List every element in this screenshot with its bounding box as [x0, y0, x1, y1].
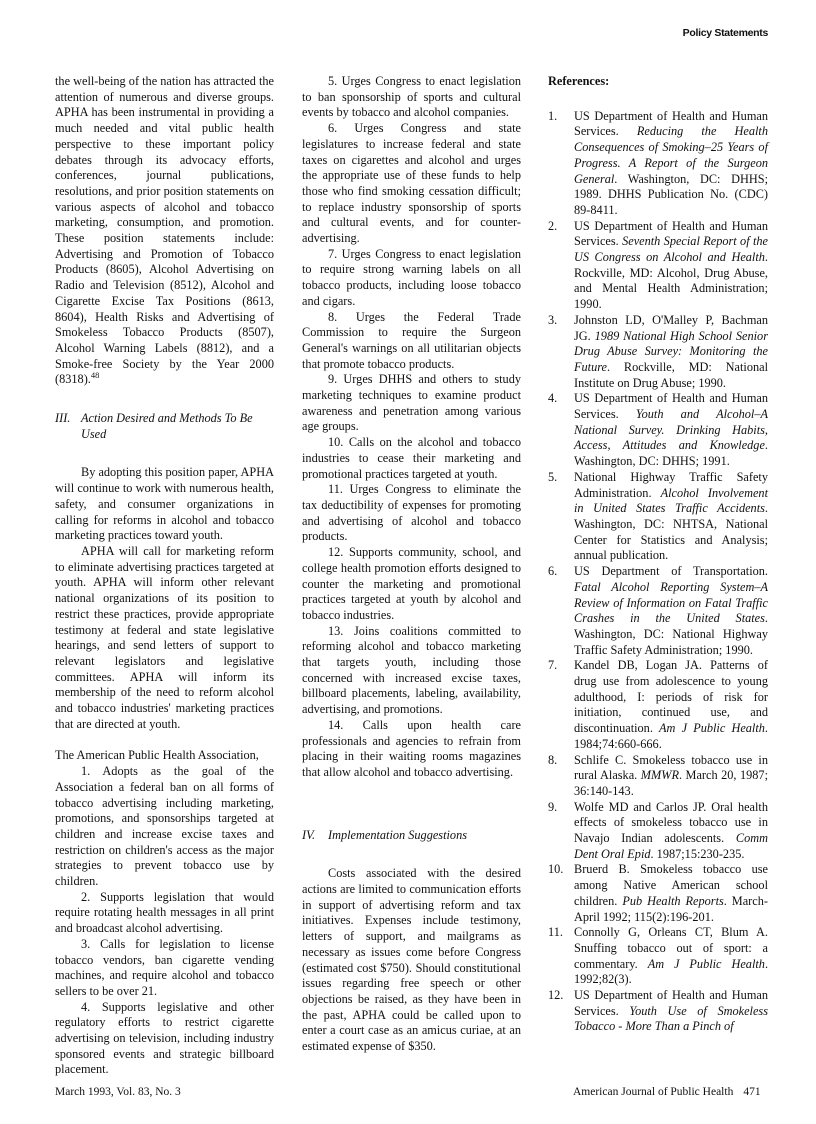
reference-text: US Department of Transportation. Fatal A…	[574, 564, 768, 658]
reference-number: 8.	[548, 753, 574, 800]
reference-item: 2.US Department of Health and Human Serv…	[548, 219, 768, 313]
resolution-item: 8. Urges the Federal Trade Commission to…	[302, 310, 521, 373]
reference-text: Schlife C. Smokeless tobacco use in rura…	[574, 753, 768, 800]
reference-text: Johnston LD, O'Malley P, Bachman JG. 198…	[574, 313, 768, 392]
paragraph: By adopting this position paper, APHA wi…	[55, 465, 274, 544]
reference-number: 12.	[548, 988, 574, 1035]
footer-journal: American Journal of Public Health471	[573, 1086, 761, 1098]
paragraph: APHA will call for marketing reform to e…	[55, 544, 274, 732]
citation-superscript: 48	[91, 370, 100, 380]
reference-text: US Department of Health and Human Servic…	[574, 219, 768, 313]
reference-text: National Highway Traffic Safety Administ…	[574, 470, 768, 564]
reference-number: 1.	[548, 109, 574, 219]
reference-number: 5.	[548, 470, 574, 564]
intro-paragraph: the well-being of the nation has attract…	[55, 74, 274, 388]
resolution-item: 10. Calls on the alcohol and tobacco ind…	[302, 435, 521, 482]
reference-number: 2.	[548, 219, 574, 313]
resolution-item: 6. Urges Congress and state legislatures…	[302, 121, 521, 247]
resolution-item: 13. Joins coalitions committed to reform…	[302, 624, 521, 718]
references-heading: References:	[548, 74, 768, 90]
reference-title: Am J Public Health	[659, 721, 765, 735]
journal-name: American Journal of Public Health	[573, 1086, 733, 1098]
reference-item: 8.Schlife C. Smokeless tobacco use in ru…	[548, 753, 768, 800]
reference-item: 9.Wolfe MD and Carlos JP. Oral health ef…	[548, 800, 768, 863]
reference-number: 3.	[548, 313, 574, 392]
page-number: 471	[743, 1086, 760, 1098]
reference-item: 5.National Highway Traffic Safety Admini…	[548, 470, 768, 564]
implementation-paragraph: Costs associated with the desired action…	[302, 866, 521, 1054]
reference-text: Bruerd B. Smokeless tobacco use among Na…	[574, 862, 768, 925]
references-list: 1.US Department of Health and Human Serv…	[548, 109, 768, 1035]
resolution-item: 4. Supports legislative and other regula…	[55, 1000, 274, 1079]
reference-title: MMWR	[641, 768, 679, 782]
reference-text: Connolly G, Orleans CT, Blum A. Snuffing…	[574, 925, 768, 988]
association-line: The American Public Health Association,	[55, 748, 274, 764]
reference-number: 11.	[548, 925, 574, 988]
reference-title: Fatal Alcohol Reporting System–A Review …	[574, 580, 768, 625]
references-column: References: 1.US Department of Health an…	[548, 74, 768, 1035]
resolution-item: 7. Urges Congress to enact legislation t…	[302, 247, 521, 310]
middle-column: 5. Urges Congress to enact legislation t…	[302, 74, 521, 1055]
resolution-item: 9. Urges DHHS and others to study market…	[302, 372, 521, 435]
running-head: Policy Statements	[683, 27, 768, 39]
reference-number: 10.	[548, 862, 574, 925]
reference-number: 7.	[548, 658, 574, 752]
section-heading-3: III. Action Desired and Methods To Be Us…	[55, 411, 274, 442]
reference-text: US Department of Health and Human Servic…	[574, 109, 768, 219]
reference-item: 11.Connolly G, Orleans CT, Blum A. Snuff…	[548, 925, 768, 988]
resolution-item: 12. Supports community, school, and coll…	[302, 545, 521, 624]
reference-item: 7.Kandel DB, Logan JA. Patterns of drug …	[548, 658, 768, 752]
reference-number: 9.	[548, 800, 574, 863]
reference-number: 4.	[548, 391, 574, 470]
footer-issue: March 1993, Vol. 83, No. 3	[55, 1086, 181, 1098]
reference-text: US Department of Health and Human Servic…	[574, 391, 768, 470]
reference-text: Wolfe MD and Carlos JP. Oral health effe…	[574, 800, 768, 863]
resolution-item: 3. Calls for legislation to license toba…	[55, 937, 274, 1000]
reference-item: 1.US Department of Health and Human Serv…	[548, 109, 768, 219]
reference-title: Pub Health Reports	[622, 894, 723, 908]
left-column: the well-being of the nation has attract…	[55, 74, 274, 1078]
resolution-item: 5. Urges Congress to enact legislation t…	[302, 74, 521, 121]
reference-item: 3.Johnston LD, O'Malley P, Bachman JG. 1…	[548, 313, 768, 392]
resolution-item: 11. Urges Congress to eliminate the tax …	[302, 482, 521, 545]
reference-item: 6.US Department of Transportation. Fatal…	[548, 564, 768, 658]
reference-number: 6.	[548, 564, 574, 658]
reference-text: Kandel DB, Logan JA. Patterns of drug us…	[574, 658, 768, 752]
section-heading-4: IV. Implementation Suggestions	[302, 828, 521, 844]
reference-title: Am J Public Health	[648, 957, 765, 971]
reference-item: 4.US Department of Health and Human Serv…	[548, 391, 768, 470]
reference-item: 12.US Department of Health and Human Ser…	[548, 988, 768, 1035]
resolution-item: 1. Adopts as the goal of the Association…	[55, 764, 274, 890]
reference-item: 10.Bruerd B. Smokeless tobacco use among…	[548, 862, 768, 925]
resolution-item: 2. Supports legislation that would requi…	[55, 890, 274, 937]
resolution-item: 14. Calls upon health care professionals…	[302, 718, 521, 781]
reference-text: US Department of Health and Human Servic…	[574, 988, 768, 1035]
